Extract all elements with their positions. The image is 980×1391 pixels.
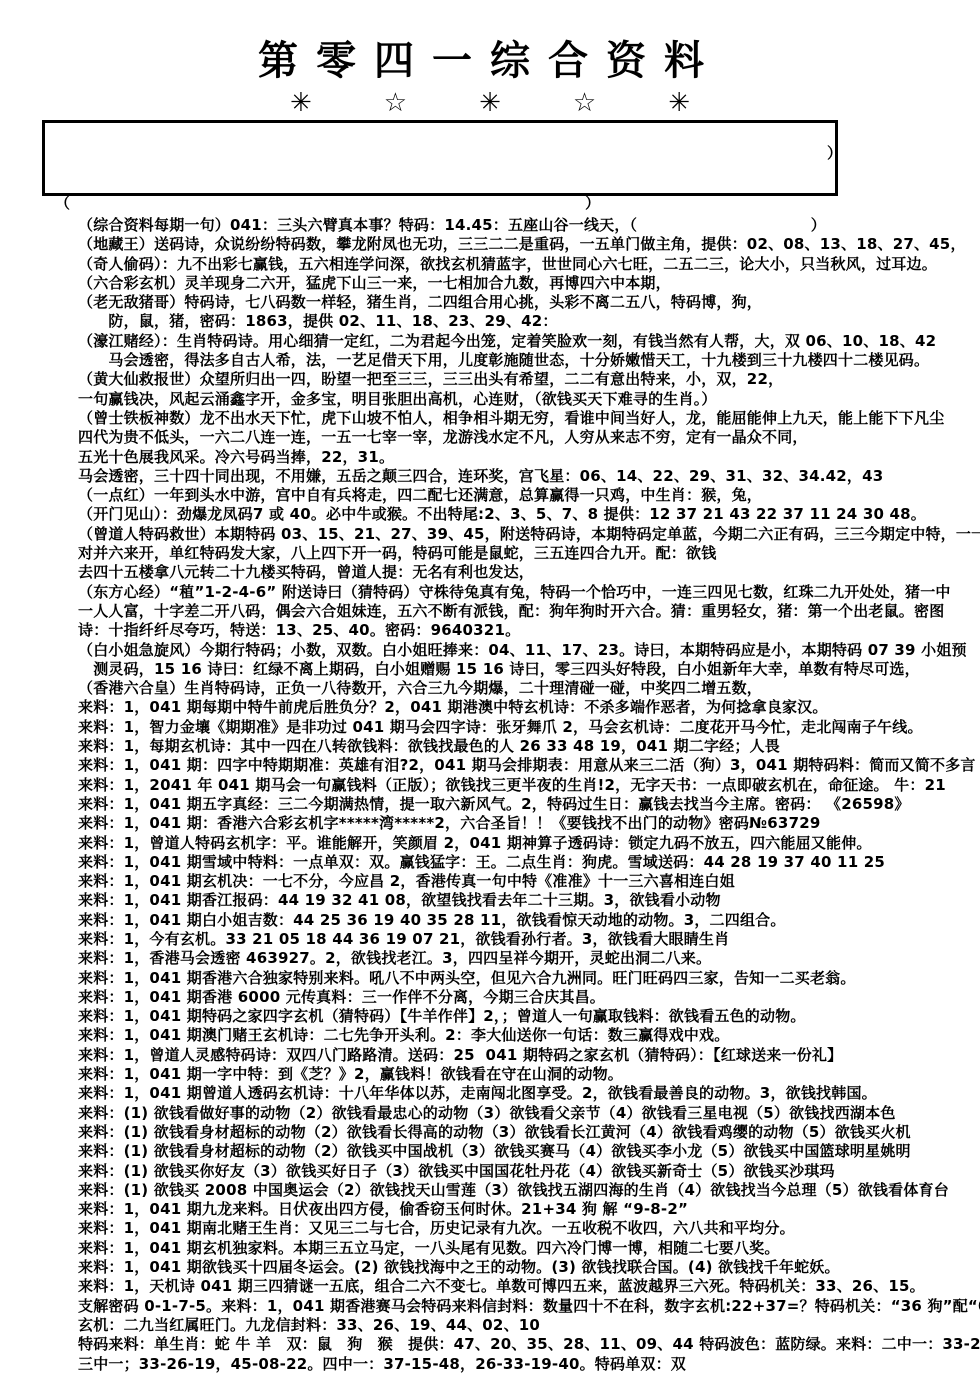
text-line: 来料：1，041 期五字真经：三二今期满热情，提一取六新风气。2，特码过生日：赢…: [78, 795, 980, 814]
text-line: 来料：1，041 期一字中特：到《芝？》2，赢钱料！欲钱看在守在山洞的动物。: [78, 1065, 980, 1084]
close-paren: ）: [585, 192, 600, 213]
box-right-paren: ）: [827, 142, 842, 163]
text-line: 来料：1，041 期香江报码：44 19 32 41 08，欲望钱找看去年二十三…: [78, 891, 980, 910]
text-line: 来料：1，天机诗 041 期三四猜谜一五底，组合二六不变七。单数可博四五来，蓝波…: [78, 1277, 980, 1296]
text-line: （黄大仙救报世）众望所归出一四，盼望一把至三三，三三出头有希望，二二有意出特来，…: [78, 370, 980, 389]
text-line: 测灵码，15 16 诗曰：红绿不离上期码，白小姐赠赐 15 16 诗曰，零三四头…: [78, 660, 980, 679]
text-line: （老无敌猪哥）特码诗，七八码数一样轻，猪生肖，二四组合用心挑，头彩不离二五八，特…: [78, 293, 980, 312]
text-line: （六合彩玄机）灵羊现身二六开，猛虎下山三一来，一七相加合九数，再博四六中本期，: [78, 274, 980, 293]
text-line: 来料：1，041 期玄机独家料。本期三五立马定，一八头尾有见数。四六冷门博一博，…: [78, 1239, 980, 1258]
text-line: 来料：1，曾道人特码玄机字：平。谁能解开，笑颜眉 2，041 期神算子透码诗：锁…: [78, 834, 980, 853]
text-line: 来料：(1) 欲钱买 2008 中国奥运会（2）欲钱找天山雪莲（3）欲钱找五湖四…: [78, 1181, 980, 1200]
text-line: 一句赢钱决，风起云涌鑫字开，金多宝，明目张胆出高机，心连财，（欲钱买天下难寻的生…: [78, 390, 980, 409]
open-star-icon: ☆: [573, 88, 596, 118]
text-line: 支解密码 0-1-7-5。来料：1，041 期香港赛马会特码来料信封料：数量四十…: [78, 1297, 980, 1316]
text-line: （曾道人特码救世）本期特码 03、15、21、27、39、45，附送特码诗，本期…: [78, 525, 980, 544]
text-line: 来料：1，041 期玄机决：一七不分，今应昌 2，香港传真一句中特《准准》十一三…: [78, 872, 980, 891]
page-title: 第零四一综合资料: [0, 38, 980, 84]
text-line: （综合资料每期一句）041：三头六臂真本事？特码：14.45：五座山谷一线天，（…: [78, 216, 980, 235]
open-star-icon: ☆: [384, 88, 407, 118]
text-line: 来料：1，041 期欲钱买十四届冬运会。(2) 欲钱找海中之王的动物。(3) 欲…: [78, 1258, 980, 1277]
text-line: 来料：(1) 欲钱看身材超标的动物（2）欲钱买中国战机（3）欲钱买赛马（4）欲钱…: [78, 1142, 980, 1161]
text-line: （濠江赌经）：生肖特码诗。用心细猜一定红，二为君起今出笼，定着笑脸欢一刻，有钱当…: [78, 332, 980, 351]
text-line: 四代为贵不低头，一六二八连一连，一五一七宰一宰，龙游浅水定不凡，人穷从来志不穷，…: [78, 428, 980, 447]
text-line: 来料：1，今有玄机。33 21 05 18 44 36 19 07 21，欲钱看…: [78, 930, 980, 949]
body-text: （综合资料每期一句）041：三头六臂真本事？特码：14.45：五座山谷一线天，（…: [0, 212, 980, 1374]
text-line: 来料：1，041 期香港 6000 元传真料：三一作伴不分离，今期三合庆其昌。: [78, 988, 980, 1007]
text-line: 来料：1，041 期特码之家四字玄机（猜特码）【牛羊作伴】2，；曾道人一句赢取钱…: [78, 1007, 980, 1026]
stray-paren-row: （ ）: [0, 196, 980, 212]
text-line: 来料：(1) 欲钱看做好事的动物（2）欲钱看最忠心的动物（3）欲钱看父亲节（4）…: [78, 1104, 980, 1123]
text-line: （奇人偷码）：九不出彩七赢钱，五六相连学问深，欲找玄机猜蓝字，世世同心六七旺，二…: [78, 255, 980, 274]
document-page: 第零四一综合资料 ✳ ☆ ✳ ☆ ✳ ） （ ） （综合资料每期一句）041：三…: [0, 0, 980, 1391]
text-line: （白小姐急旋风）今期行特码；小数，双数。白小姐旺捧来：04、11、17、23。诗…: [78, 641, 980, 660]
text-line: 来料：1，2041 年 041 期马会一句赢钱料（正版）；欲钱找三更半夜的生肖!…: [78, 776, 980, 795]
asterisk-star-icon: ✳: [290, 88, 312, 118]
text-line: 三中一；33-26-19，45-08-22。四中一：37-15-48，26-33…: [78, 1355, 980, 1374]
text-line: 来料：1，041 期：香港六合彩玄机字*****湾*****2，六合圣旨！！《要…: [78, 814, 980, 833]
text-line: （一点红）一年到头水中游，宫中自有兵将走，四二配七还满意，总算赢得一只鸡，中生肖…: [78, 486, 980, 505]
text-line: 来料：1，041 期白小姐吉数：44 25 36 19 40 35 28 11，…: [78, 911, 980, 930]
text-line: 来料：1，041 期香港六合独家特别来料。吼八不中两头空，但见六合九洲同。旺门旺…: [78, 969, 980, 988]
text-line: 诗：十指纤纤尽夸巧，特送：13、25、40。密码：9640321。: [78, 621, 980, 640]
asterisk-star-icon: ✳: [479, 88, 501, 118]
header-box-area: ）: [42, 120, 832, 196]
text-line: 来料：1，041 期每期中特牛前虎后胜负分？2，041 期港澳中特玄机诗：不杀多…: [78, 698, 980, 717]
open-paren: （: [55, 192, 70, 213]
text-line: 来料：1，041 期九龙来料。日伏夜出四方侵，偷香窃玉何时休。21+34 狗 解…: [78, 1200, 980, 1219]
text-line: 一人人富，十字差二开八码，偶会六合姐妹连，五六不断有派钱，配：狗年狗时开六合。猜…: [78, 602, 980, 621]
text-line: （开门见山）：劲爆龙凤码7 或 40。必中牛或猴。不出特尾:2、3、5、7、8 …: [78, 505, 980, 524]
text-line: 来料：1，曾道人灵感特码诗：双四八门路路清。送码：25 041 期特码之家玄机（…: [78, 1046, 980, 1065]
text-line: 来料：1，041 期澳门赌王玄机诗：二七先争开头利。2：李大仙送你一句话：数三赢…: [78, 1026, 980, 1045]
text-line: 玄机：二九当红属旺门。九龙信封料：33、26、19、44、02、10: [78, 1316, 980, 1335]
text-line: 来料：(1) 欲钱买你好友（3）欲钱买好日子（3）欲钱买中国国花牡丹花（4）欲钱…: [78, 1162, 980, 1181]
text-line: 对并六来开，单红特码发大家，八上四下开一码，特码可能是鼠蛇，三五连四合九开。配：…: [78, 544, 980, 563]
text-line: 来料：1，香港马会透密 463927。2，欲钱找老江。3，四四呈祥今期开，灵蛇出…: [78, 949, 980, 968]
text-line: （香港六合皇）生肖特码诗，正负一八待数开，六合三九今期爆，二十理清碰一碰，中奖四…: [78, 679, 980, 698]
text-line: 马会透密，三十四十同出现，不用嫌，五岳之颠三四合，连环奖，宫飞星：06、14、2…: [78, 467, 980, 486]
text-line: 特码来料：单生肖：蛇 牛 羊 双：鼠 狗 猴 提供：47、20、35、28、11…: [78, 1335, 980, 1354]
text-line: 五光十色展我风采。冷六号码当捧，22，31。: [78, 448, 980, 467]
text-line: 来料：(1) 欲钱看身材超标的动物（2）欲钱看长得高的动物（3）欲钱看长江黄河（…: [78, 1123, 980, 1142]
star-decoration: ✳ ☆ ✳ ☆ ✳: [0, 88, 980, 118]
text-line: （地藏王）送码诗，众说纷纷特码数，攀龙附凤也无功，三三二二是重码，一五单门做主角…: [78, 235, 980, 254]
text-line: 来料：1，每期玄机诗：其中一四在八转欲钱料：欲钱找最色的人 26 33 48 1…: [78, 737, 980, 756]
text-line: 来料：1，041 期曾道人透码玄机诗：十八年华体以苏，走南闯北图享受。2，欲钱看…: [78, 1084, 980, 1103]
text-line: 马会透密，得法多自古人希，法，一艺足借天下用，儿度彰施随世态，十分娇嫩惜天工，十…: [78, 351, 980, 370]
text-line: 来料：1，041 期雪域中特料：一点单双：双。赢钱猛字：王。二点生肖：狗虎。雪域…: [78, 853, 980, 872]
text-line: 去四十五楼拿八元转二十九楼买特码，曾道人提：无名有利也发达，: [78, 563, 980, 582]
text-line: 来料：1，041 期南北赌王生肖：又见三二与七合，历史记录有九次。一五收税不收四…: [78, 1219, 980, 1238]
text-line: （曾士铁板神数）龙不出水天下忙，虎下山坡不怕人，相争相斗期无穷，看谁中间当好人，…: [78, 409, 980, 428]
text-line: 来料：1，041 期：四字中特期期准：英雄有泪?2，041 期马会排期表：用意从…: [78, 756, 980, 775]
asterisk-star-icon: ✳: [668, 88, 690, 118]
text-line: 防，鼠，猪，密码：1863，提供 02、11、18、23、29、42：: [78, 312, 980, 331]
empty-header-box: [42, 120, 838, 196]
text-line: （东方心经）“稙”1-2-4-6” 附送诗曰（猜特码）守株待兔真有兔，特码一个恰…: [78, 583, 980, 602]
text-line: 来料：1，智力金壤《期期准》是非功过 041 期马会四字诗：张牙舞爪 2，马会玄…: [78, 718, 980, 737]
